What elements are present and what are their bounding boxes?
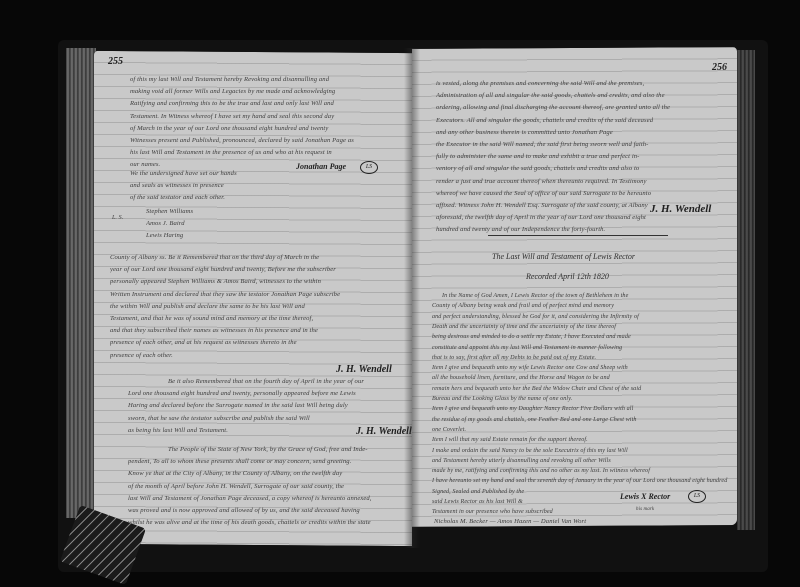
handwritten-line: render a just and true account thereof w… (436, 176, 726, 188)
handwritten-line: Written Instrument and declared that the… (110, 289, 404, 301)
handwritten-line: personally appeared Stephen Williams & A… (110, 276, 404, 288)
surrogate-signature-1: J. H. Wendell (336, 364, 392, 375)
handwritten-line: County of Albany ss. Be it Remembered th… (110, 252, 404, 264)
handwritten-line: Ratifying and confirming this to be the … (130, 98, 402, 110)
handwritten-line: Witnesses present and Published, pronoun… (130, 135, 402, 147)
handwritten-line: Amos J. Baird (146, 218, 266, 230)
handwritten-line: the within Will and publish and declare … (110, 301, 404, 313)
handwritten-line: and that they subscribed their names as … (110, 325, 404, 337)
handwritten-line: The People of the State of New York, by … (168, 444, 444, 456)
left-page-number: 255 (108, 56, 123, 67)
handwritten-line: Haring and declared before the Surrogate… (128, 400, 404, 412)
seal-icon-right: LS (688, 490, 706, 503)
handwritten-line: last Will and Testament of Jonathan Page… (128, 493, 404, 505)
handwritten-line: of March in the year of our Lord one tho… (130, 123, 402, 135)
section-divider (488, 235, 668, 236)
handwritten-line: Know ye that at the City of Albany, in t… (128, 468, 404, 480)
handwritten-line: whereof we have caused the Seal of offic… (436, 188, 726, 200)
handwritten-line: was proved and is now approved and allow… (128, 505, 404, 517)
handwritten-line: presence of each other. (110, 350, 404, 362)
handwritten-line: of the month of April before John H. Wen… (128, 481, 404, 493)
handwritten-line: year of our Lord one thousand eight hund… (110, 264, 404, 276)
handwritten-line: whilst he was alive and at the time of h… (128, 517, 404, 529)
recorded-date: Recorded April 12th 1820 (526, 272, 609, 281)
handwritten-line: of this my last Will and Testament hereb… (130, 74, 402, 86)
handwritten-line: of the said testator and each other. (130, 192, 280, 204)
book-gutter (404, 48, 420, 548)
handwritten-line: and any other business therein is commit… (436, 127, 726, 139)
right-page-number: 256 (712, 62, 727, 73)
testator-mark: Lewis X Rector (620, 492, 670, 501)
handwritten-line: and seals as witnesses in presence (130, 180, 280, 192)
handwritten-line: Stephen Williams (146, 206, 266, 218)
mark-label: his mark (636, 504, 654, 516)
handwritten-line: making void all former Wills and Legacie… (130, 86, 402, 98)
handwritten-line: sworn, that he saw the testator subscrib… (128, 413, 404, 425)
handwritten-line: ordering, allowing and final discharging… (436, 102, 726, 114)
handwritten-line: Executors. All and singular the goods, c… (436, 115, 726, 127)
handwritten-line: ventory of all and singular the said goo… (436, 163, 726, 175)
witnesses-line: Nicholas M. Becker — Amos Hazen — Daniel… (434, 516, 586, 528)
seal-icon: LS (360, 161, 378, 174)
handwritten-line: Be it also Remembered that on the fourth… (168, 376, 444, 388)
handwritten-line: is vested, along the premises and concer… (436, 78, 726, 90)
margin-note: L. S. (112, 212, 123, 224)
handwritten-line: presence of each other, and at his reque… (110, 337, 404, 349)
handwritten-line: Testament, and that he was of sound mind… (110, 313, 404, 325)
handwritten-line: We the undersigned have set our hands (130, 168, 280, 180)
handwritten-line: pendent, To all to whom these presents s… (128, 456, 404, 468)
section-title: The Last Will and Testament of Lewis Rec… (492, 252, 635, 261)
handwritten-line: Administration of all and singular the s… (436, 90, 726, 102)
handwritten-line: his last Will and Testament in the prese… (130, 147, 402, 159)
handwritten-line: fully to administer the same and to make… (436, 151, 726, 163)
handwritten-line: Testament. In Witness whereof I have set… (130, 111, 402, 123)
left-page-edges (66, 48, 96, 518)
handwritten-line: the Executor in the said Will named, the… (436, 139, 726, 151)
testator-signature: Jonathan Page (296, 162, 346, 171)
surrogate-signature: J. H. Wendell (650, 203, 711, 215)
handwritten-line: Lewis Haring (146, 230, 266, 242)
handwritten-line: Lord one thousand eight hundred and twen… (128, 388, 404, 400)
